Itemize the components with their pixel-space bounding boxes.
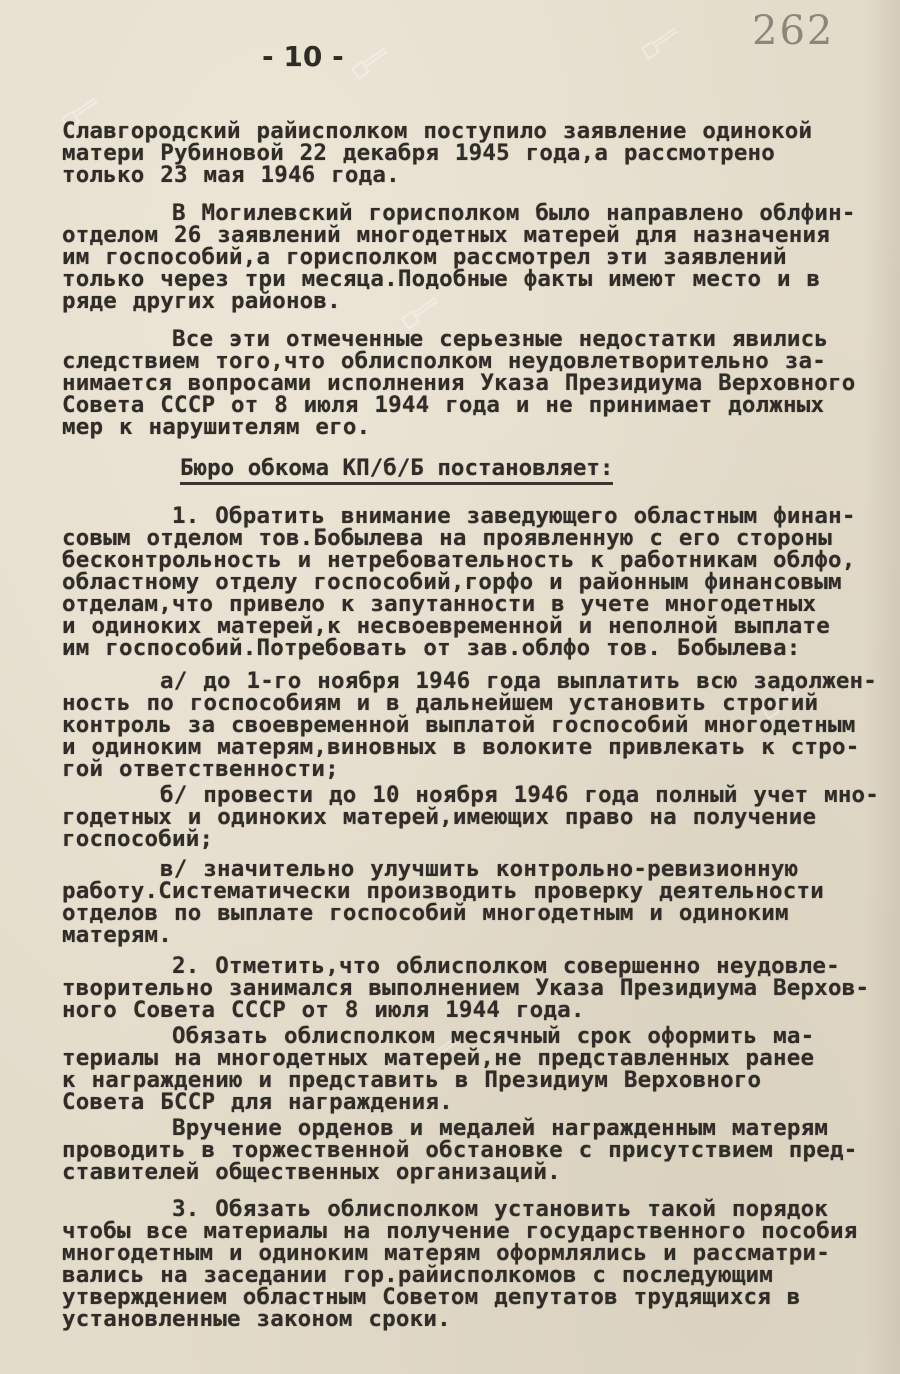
- text-line: госпособий;: [62, 828, 872, 850]
- text-line: Совета БССР для награждения.: [62, 1091, 872, 1113]
- text-line: а/ до 1-го ноября 1946 года выплатить вс…: [62, 670, 872, 692]
- text-line: годетных и одиноких матерей,имеющих прав…: [62, 806, 872, 828]
- text-line: к награждению и представить в Президиум …: [62, 1069, 872, 1091]
- text-line: многодетным и одиноким матерям оформляли…: [62, 1242, 872, 1264]
- text-line: в/ значительно улучшить контрольно-ревиз…: [62, 858, 872, 880]
- text-line: матерям.: [62, 924, 872, 946]
- text-line: Славгородский райисполком поступило заяв…: [62, 120, 872, 142]
- paragraph-mogilev: В Могилевский горисполком было направлен…: [62, 202, 872, 312]
- text-line: Совета СССР от 8 июля 1944 года и не при…: [62, 394, 872, 416]
- resolution-subitem-v: в/ значительно улучшить контрольно-ревиз…: [62, 858, 872, 946]
- resolution-subitem-b: б/ провести до 10 ноября 1946 года полны…: [62, 784, 872, 850]
- page-number: - 10 -: [262, 40, 344, 73]
- text-line: 1. Обратить внимание заведующего областн…: [62, 505, 872, 527]
- text-line: нимается вопросами исполнения Указа През…: [62, 372, 872, 394]
- text-line: гой ответственности;: [62, 758, 872, 780]
- resolution-item-2-awards: Обязать облисполком месячный срок оформи…: [62, 1025, 872, 1113]
- text-line: териалы на многодетных матерей,не предст…: [62, 1047, 872, 1069]
- resolution-subitem-a: а/ до 1-го ноября 1946 года выплатить вс…: [62, 670, 872, 780]
- text-line: ставителей общественных организаций.: [62, 1161, 872, 1183]
- text-line: утверждением областным Советом депутатов…: [62, 1286, 872, 1308]
- text-line: ного Совета СССР от 8 июля 1944 года.: [62, 999, 872, 1021]
- text-line: установленные законом сроки.: [62, 1308, 872, 1330]
- text-line: только через три месяца.Подобные факты и…: [62, 268, 872, 290]
- resolution-item-2-ceremony: Вручение орденов и медалей награжденным …: [62, 1117, 872, 1183]
- archive-watermark-icon: [347, 41, 392, 82]
- text-line: совым отделом тов.Бобылева на проявленну…: [62, 527, 872, 549]
- text-line: Обязать облисполком месячный срок оформи…: [62, 1025, 872, 1047]
- text-line: матери Рубиновой 22 декабря 1945 года,а …: [62, 142, 872, 164]
- resolution-heading: Бюро обкома КП/б/Б постановляет:: [180, 455, 613, 485]
- archive-sheet-number: 262: [752, 8, 834, 54]
- text-line: 3. Обязать облисполком установить такой …: [62, 1198, 872, 1220]
- text-line: работу.Систематически производить провер…: [62, 880, 872, 902]
- text-line: и одиноким матерям,виновных в волоките п…: [62, 736, 872, 758]
- text-line: Вручение орденов и медалей награжденным …: [62, 1117, 872, 1139]
- text-line: им госпособий.Потребовать от зав.облфо т…: [62, 637, 872, 659]
- text-line: творительно занимался выполнением Указа …: [62, 977, 872, 999]
- text-line: отделам,что привело к запутанности в уче…: [62, 593, 872, 615]
- text-line: и одиноких матерей,к несвоевременной и н…: [62, 615, 872, 637]
- text-line: контроль за своевременной выплатой госпо…: [62, 714, 872, 736]
- text-line: В Могилевский горисполком было направлен…: [62, 202, 872, 224]
- text-line: отделов по выплате госпособий многодетны…: [62, 902, 872, 924]
- text-line: 2. Отметить,что облисполком совершенно н…: [62, 955, 872, 977]
- text-line: отделом 26 заявлений многодетных матерей…: [62, 224, 872, 246]
- text-line: вались на заседании гор.райисполкомов с …: [62, 1264, 872, 1286]
- archive-watermark-icon: [637, 21, 682, 62]
- text-line: областному отделу госпособий,горфо и рай…: [62, 571, 872, 593]
- resolution-item-3: 3. Обязать облисполком установить такой …: [62, 1198, 872, 1330]
- text-line: бесконтрольность и нетребовательность к …: [62, 549, 872, 571]
- text-line: мер к нарушителям его.: [62, 416, 872, 438]
- text-line: ность по госпособиям и в дальнейшем уста…: [62, 692, 872, 714]
- text-line: чтобы все материалы на получение государ…: [62, 1220, 872, 1242]
- resolution-item-1: 1. Обратить внимание заведующего областн…: [62, 505, 872, 659]
- text-line: ряде других районов.: [62, 290, 872, 312]
- text-line: им госпособий,а горисполком рассмотрел э…: [62, 246, 872, 268]
- resolution-item-2: 2. Отметить,что облисполком совершенно н…: [62, 955, 872, 1021]
- text-line: следствием того,что облисполком неудовле…: [62, 350, 872, 372]
- document-page: 262 - 10 - Славгородский райисполком пос…: [0, 0, 900, 1374]
- text-line: проводить в торжественной обстановке с п…: [62, 1139, 872, 1161]
- paragraph-shortcomings: Все эти отмеченные серьезные недостатки …: [62, 328, 872, 438]
- text-line: Все эти отмеченные серьезные недостатки …: [62, 328, 872, 350]
- paragraph-slavgorod: Славгородский райисполком поступило заяв…: [62, 120, 872, 186]
- text-line: б/ провести до 10 ноября 1946 года полны…: [62, 784, 872, 806]
- text-line: только 23 мая 1946 года.: [62, 164, 872, 186]
